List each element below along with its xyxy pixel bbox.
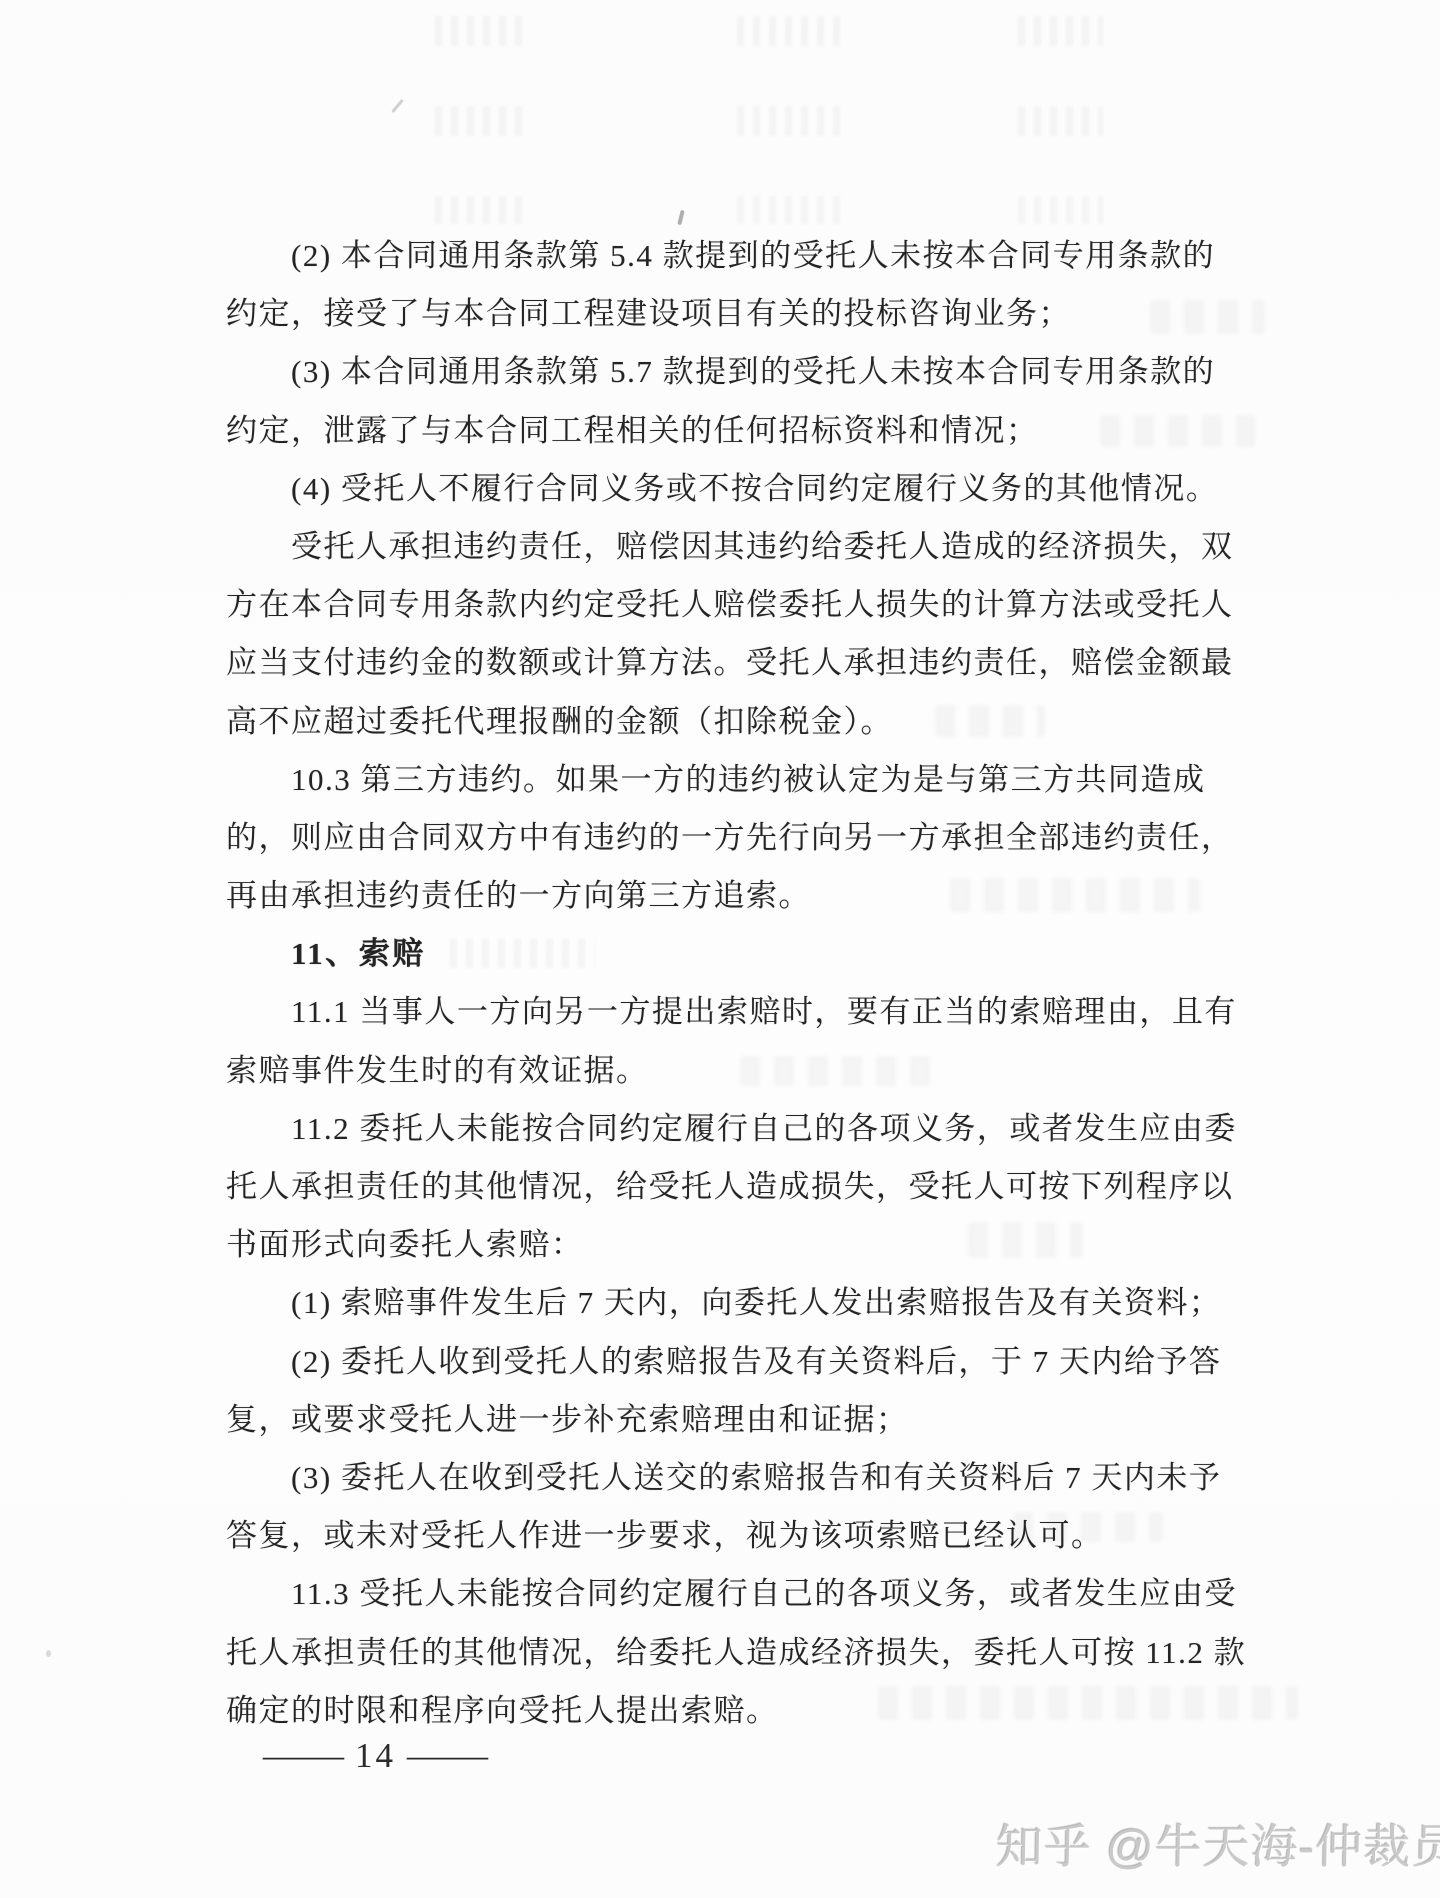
text-line: (3) 委托人在收到受托人送交的索赔报告和有关资料后 7 天内未予 (226, 1452, 1286, 1510)
text-line: 11.3 受托人未能按合同约定履行自己的各项义务，或者发生应由受 (226, 1568, 1286, 1626)
text-line: 受托人承担违约责任，赔偿因其违约给委托人造成的经济损失，双 (226, 521, 1286, 579)
page-number-dash: — (263, 1736, 344, 1776)
scan-artifact (1018, 16, 1103, 46)
text-line: 托人承担责任的其他情况，给受托人造成损失，受托人可按下列程序以 (226, 1161, 1286, 1219)
scan-artifact (46, 1650, 51, 1657)
text-line: 书面形式向委托人索赔： (226, 1219, 1286, 1277)
text-line: 高不应超过委托代理报酬的金额（扣除税金）。 (226, 696, 1286, 754)
scan-artifact (1018, 106, 1103, 136)
text-line: 11.2 委托人未能按合同约定履行自己的各项义务，或者发生应由委 (226, 1103, 1286, 1161)
text-line: 的，则应由合同双方中有违约的一方先行向另一方承担全部违约责任， (226, 812, 1286, 870)
scan-artifact (737, 16, 842, 46)
scan-artifact (677, 210, 685, 226)
text-line: (1) 索赔事件发生后 7 天内，向委托人发出索赔报告及有关资料； (226, 1277, 1286, 1335)
text-line: (2) 本合同通用条款第 5.4 款提到的受托人未按本合同专用条款的 (226, 230, 1286, 288)
text-line: (2) 委托人收到受托人的索赔报告及有关资料后，于 7 天内给予答 (226, 1336, 1286, 1394)
page-number-value: 14 (355, 1736, 396, 1776)
text-line: 索赔事件发生时的有效证据。 (226, 1045, 1286, 1103)
section-heading: 11、索赔 (226, 928, 1286, 986)
text-line: 再由承担违约责任的一方向第三方追索。 (226, 870, 1286, 928)
scan-artifact (435, 196, 525, 224)
text-line: 方在本合同专用条款内约定受托人赔偿委托人损失的计算方法或受托人 (226, 579, 1286, 637)
text-line: 11.1 当事人一方向另一方提出索赔时，要有正当的索赔理由，且有 (226, 986, 1286, 1044)
text-line: 应当支付违约金的数额或计算方法。受托人承担违约责任，赔偿金额最 (226, 637, 1286, 695)
page-number-dash: — (407, 1736, 488, 1776)
text-line: 托人承担责任的其他情况，给委托人造成经济损失，委托人可按 11.2 款 (226, 1627, 1286, 1685)
contract-text-block: (2) 本合同通用条款第 5.4 款提到的受托人未按本合同专用条款的约定，接受了… (226, 230, 1286, 1743)
scan-artifact (737, 106, 842, 136)
text-line: 10.3 第三方违约。如果一方的违约被认定为是与第三方共同造成 (226, 754, 1286, 812)
text-line: 复，或要求受托人进一步补充索赔理由和证据； (226, 1394, 1286, 1452)
scan-artifact (435, 106, 525, 136)
text-line: (4) 受托人不履行合同义务或不按合同约定履行义务的其他情况。 (226, 463, 1286, 521)
scan-artifact (1018, 196, 1103, 224)
scan-artifact (391, 99, 404, 113)
scan-artifact (435, 16, 525, 46)
text-line: 答复，或未对受托人作进一步要求，视为该项索赔已经认可。 (226, 1510, 1286, 1568)
text-line: 约定，泄露了与本合同工程相关的任何招标资料和情况； (226, 405, 1286, 463)
scanned-contract-page: (2) 本合同通用条款第 5.4 款提到的受托人未按本合同专用条款的约定，接受了… (0, 0, 1440, 1898)
scan-artifact (737, 196, 842, 224)
text-line: (3) 本合同通用条款第 5.7 款提到的受托人未按本合同专用条款的 (226, 346, 1286, 404)
text-line: 约定，接受了与本合同工程建设项目有关的投标咨询业务； (226, 288, 1286, 346)
zhihu-watermark: 知乎 @牛天海-仲裁员 (995, 1810, 1440, 1877)
text-line: 确定的时限和程序向受托人提出索赔。 (226, 1685, 1286, 1743)
page-number: — 14 — (252, 1736, 499, 1776)
